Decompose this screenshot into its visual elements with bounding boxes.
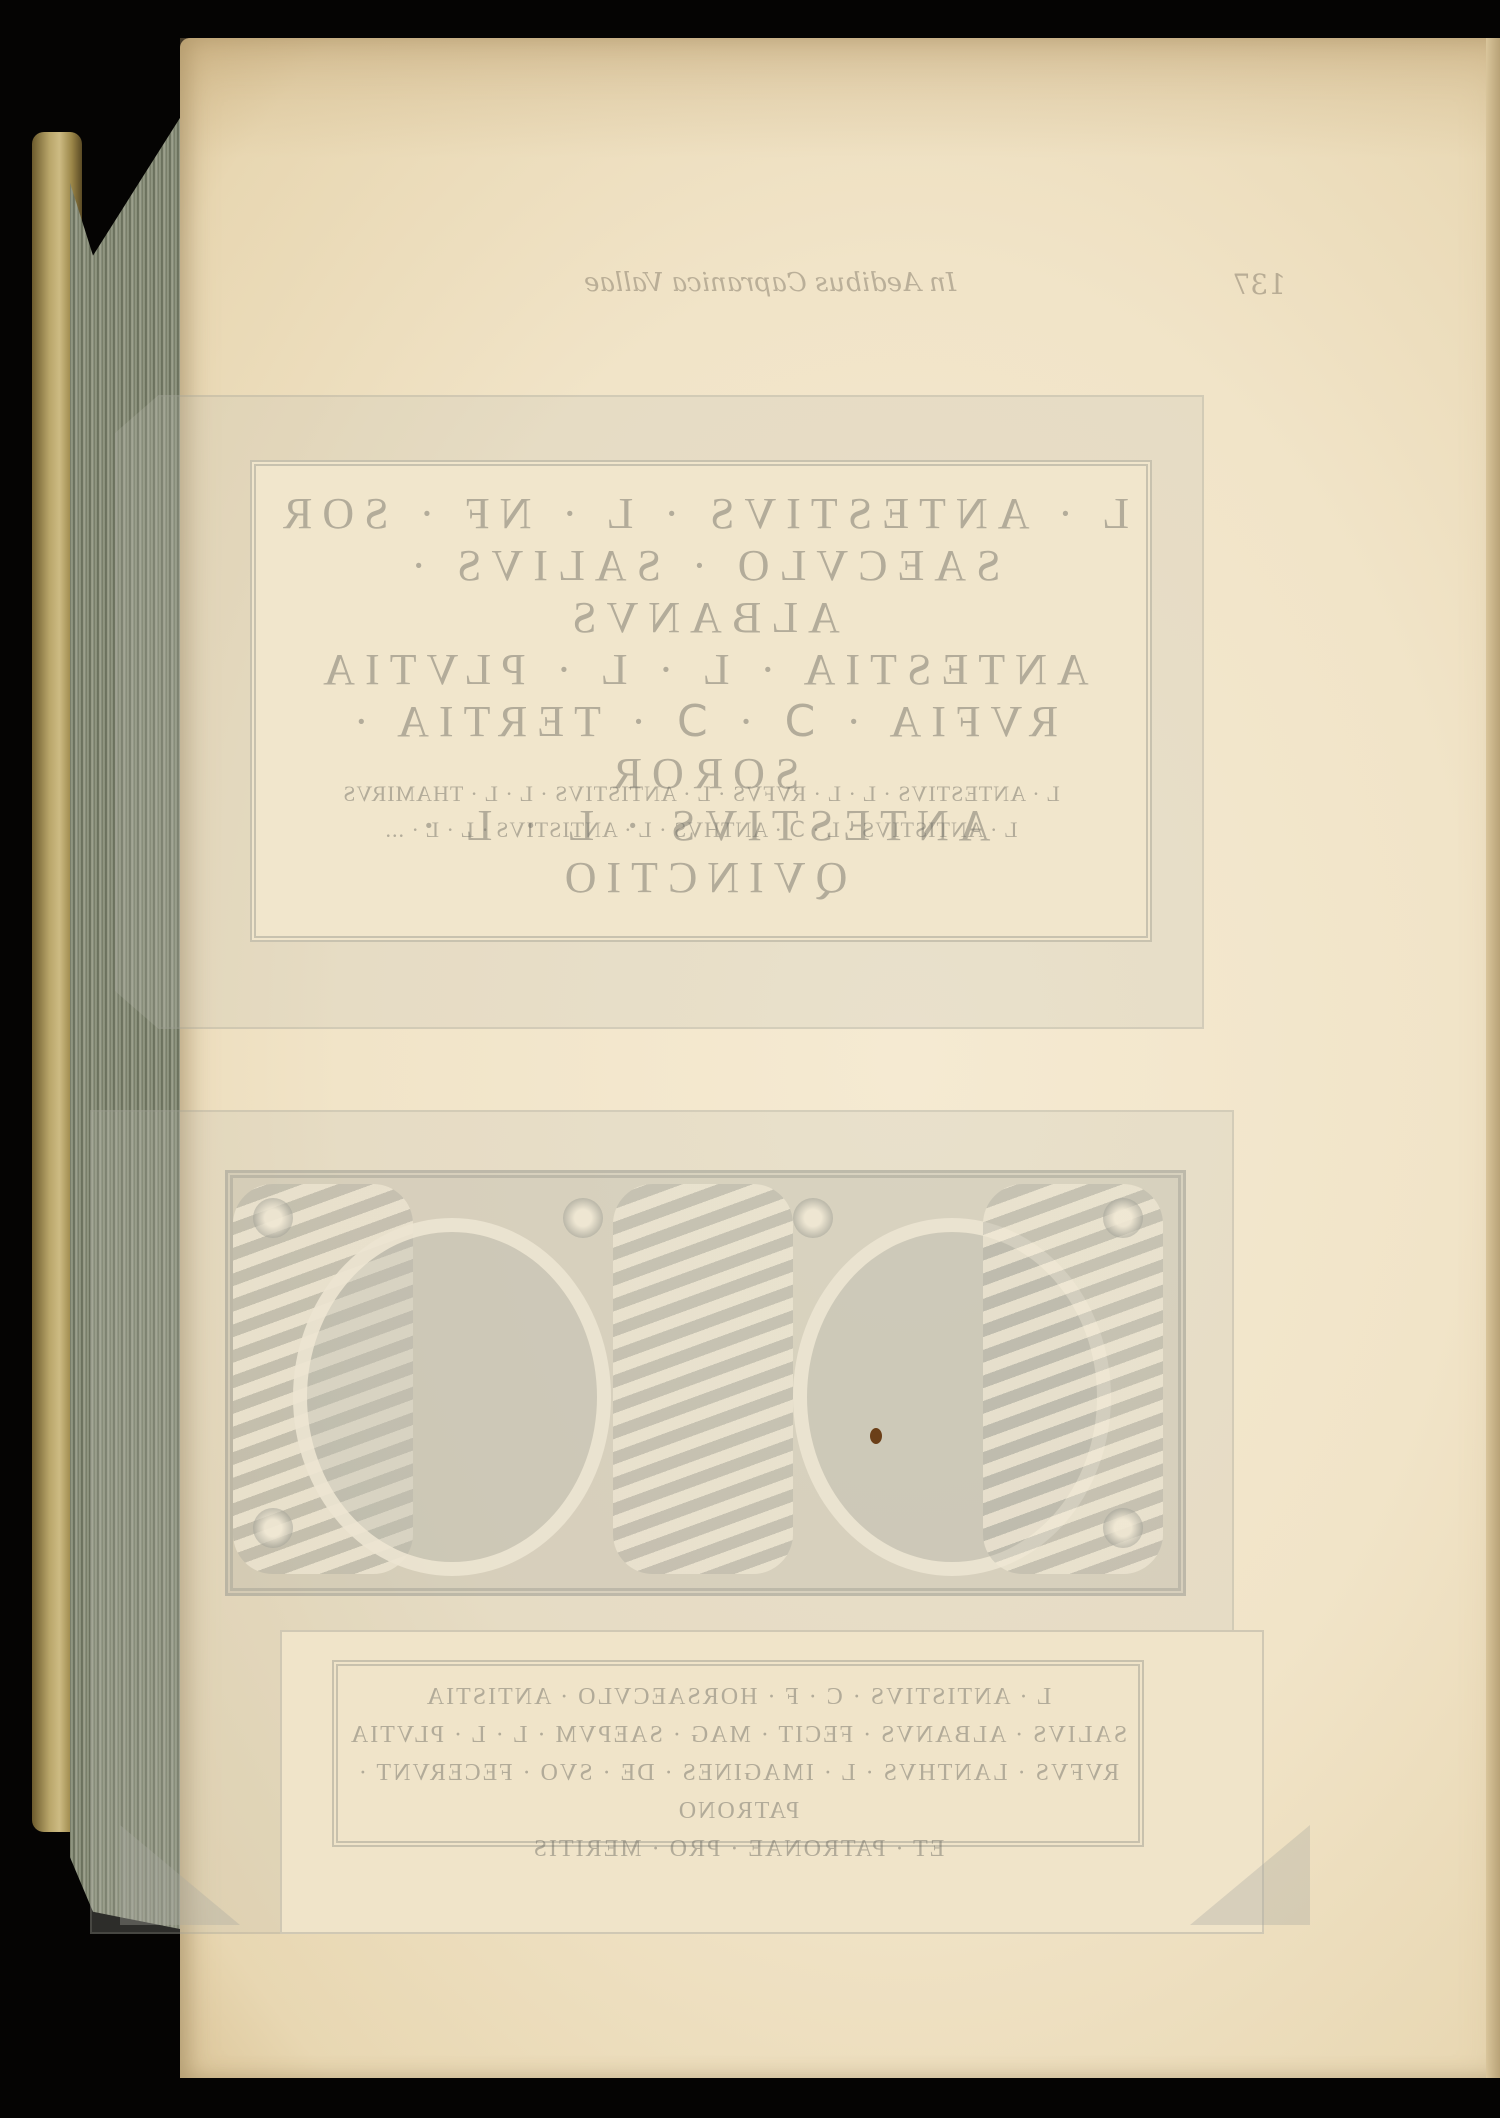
upper-inscription-frame: L · ANTESTIVS · L · NF · SOR SAECVLO · S… — [250, 460, 1152, 942]
lower-inscription-plaque: L · ANTISTIVS · C · F · HORSAECVLO · ANT… — [280, 1630, 1264, 1934]
portrait-medallion-left — [293, 1218, 611, 1576]
relief-panel — [225, 1170, 1186, 1596]
inscription-line: ET · PATRONAE · PRO · MERITIS — [338, 1830, 1138, 1868]
running-head: In Aedibus Capranica Vallae — [320, 268, 1220, 318]
rosette-icon — [793, 1198, 833, 1238]
ink-spot — [870, 1428, 882, 1444]
rosette-icon — [1103, 1508, 1143, 1548]
inscription-line: ANTESTIA · L · L · PLVTIA — [256, 644, 1146, 696]
rosette-icon — [1103, 1198, 1143, 1238]
page-number: 137 — [1196, 268, 1286, 308]
inscription-line: RVFVS · LANTHVS · L · IMAGINES · DE · SV… — [338, 1754, 1138, 1830]
inscription-line: L · ANTESTIVS · L · L · RVFVS · L · ANTI… — [256, 776, 1146, 812]
inscription-line: SALIVS · ALBANVS · FECIT · MAG · SAEPVM … — [338, 1716, 1138, 1754]
inscription-line: L · ANTISTIVS · C · F · HORSAECVLO · ANT… — [338, 1678, 1138, 1716]
garland-center — [613, 1184, 793, 1574]
inscription-line: L · ANTESTIVS · L · NF · SOR — [256, 488, 1146, 540]
upper-inscription: L · ANTESTIVS · L · NF · SOR SAECVLO · S… — [256, 466, 1146, 936]
foxing-stain — [180, 38, 1500, 158]
rosette-icon — [253, 1508, 293, 1548]
rosette-icon — [563, 1198, 603, 1238]
facing-page-edge — [1486, 38, 1500, 2078]
inscription-line: L · ANTISTIVS · L · Ↄ · ANTHVS · L · ANT… — [256, 812, 1146, 848]
lower-inscription: L · ANTISTIVS · C · F · HORSAECVLO · ANT… — [338, 1666, 1138, 1853]
lower-inscription-frame: L · ANTISTIVS · C · F · HORSAECVLO · ANT… — [332, 1660, 1144, 1847]
rosette-icon — [253, 1198, 293, 1238]
inscription-line: SAECVLO · SALIVS · ALBANVS — [256, 540, 1146, 644]
